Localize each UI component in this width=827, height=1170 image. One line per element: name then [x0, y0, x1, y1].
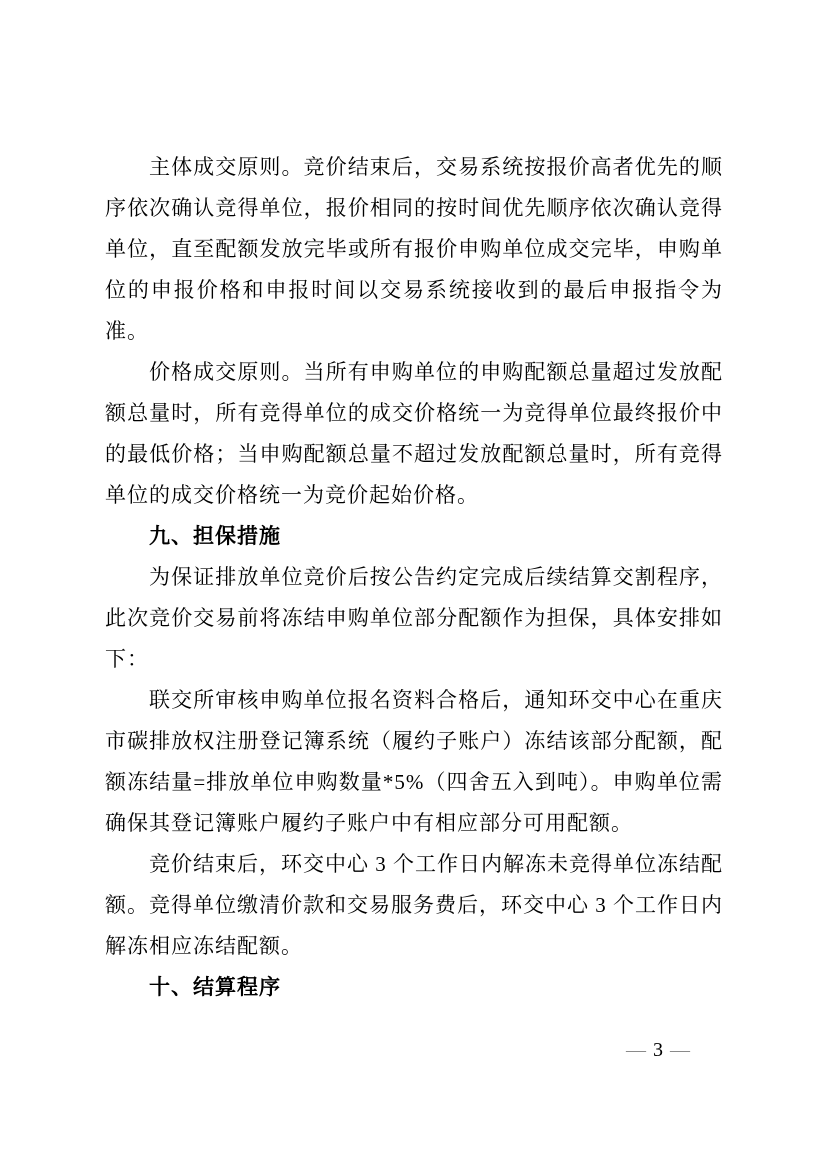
page-number: 3	[653, 1036, 663, 1064]
paragraph-guarantee-intro: 为保证排放单位竞价后按公告约定完成后续结算交割程序，此次竞价交易前将冻结申购单位…	[105, 557, 723, 680]
page-number-left-dash: —	[626, 1036, 646, 1064]
section-heading-9-guarantee-measures: 九、担保措施	[105, 516, 723, 557]
document-body: 主体成交原则。竞价结束后，交易系统按报价高者优先的顺序依次确认竞得单位，报价相同…	[105, 147, 723, 1008]
paragraph-quota-freeze-rule: 联交所审核申购单位报名资料合格后，通知环交中心在重庆市碳排放权注册登记簿系统（履…	[105, 680, 723, 844]
page-number-footer: —3—	[626, 1036, 690, 1064]
page-number-right-dash: —	[670, 1036, 690, 1064]
document-page: 主体成交原则。竞价结束后，交易系统按报价高者优先的顺序依次确认竞得单位，报价相同…	[0, 0, 827, 1170]
paragraph-deal-principle-subject: 主体成交原则。竞价结束后，交易系统按报价高者优先的顺序依次确认竞得单位，报价相同…	[105, 147, 723, 352]
paragraph-deal-principle-price: 价格成交原则。当所有申购单位的申购配额总量超过发放配额总量时，所有竞得单位的成交…	[105, 352, 723, 516]
section-heading-10-settlement-procedure: 十、结算程序	[105, 967, 723, 1008]
paragraph-quota-unfreeze-rule: 竞价结束后，环交中心 3 个工作日内解冻未竞得单位冻结配额。竞得单位缴清价款和交…	[105, 844, 723, 967]
